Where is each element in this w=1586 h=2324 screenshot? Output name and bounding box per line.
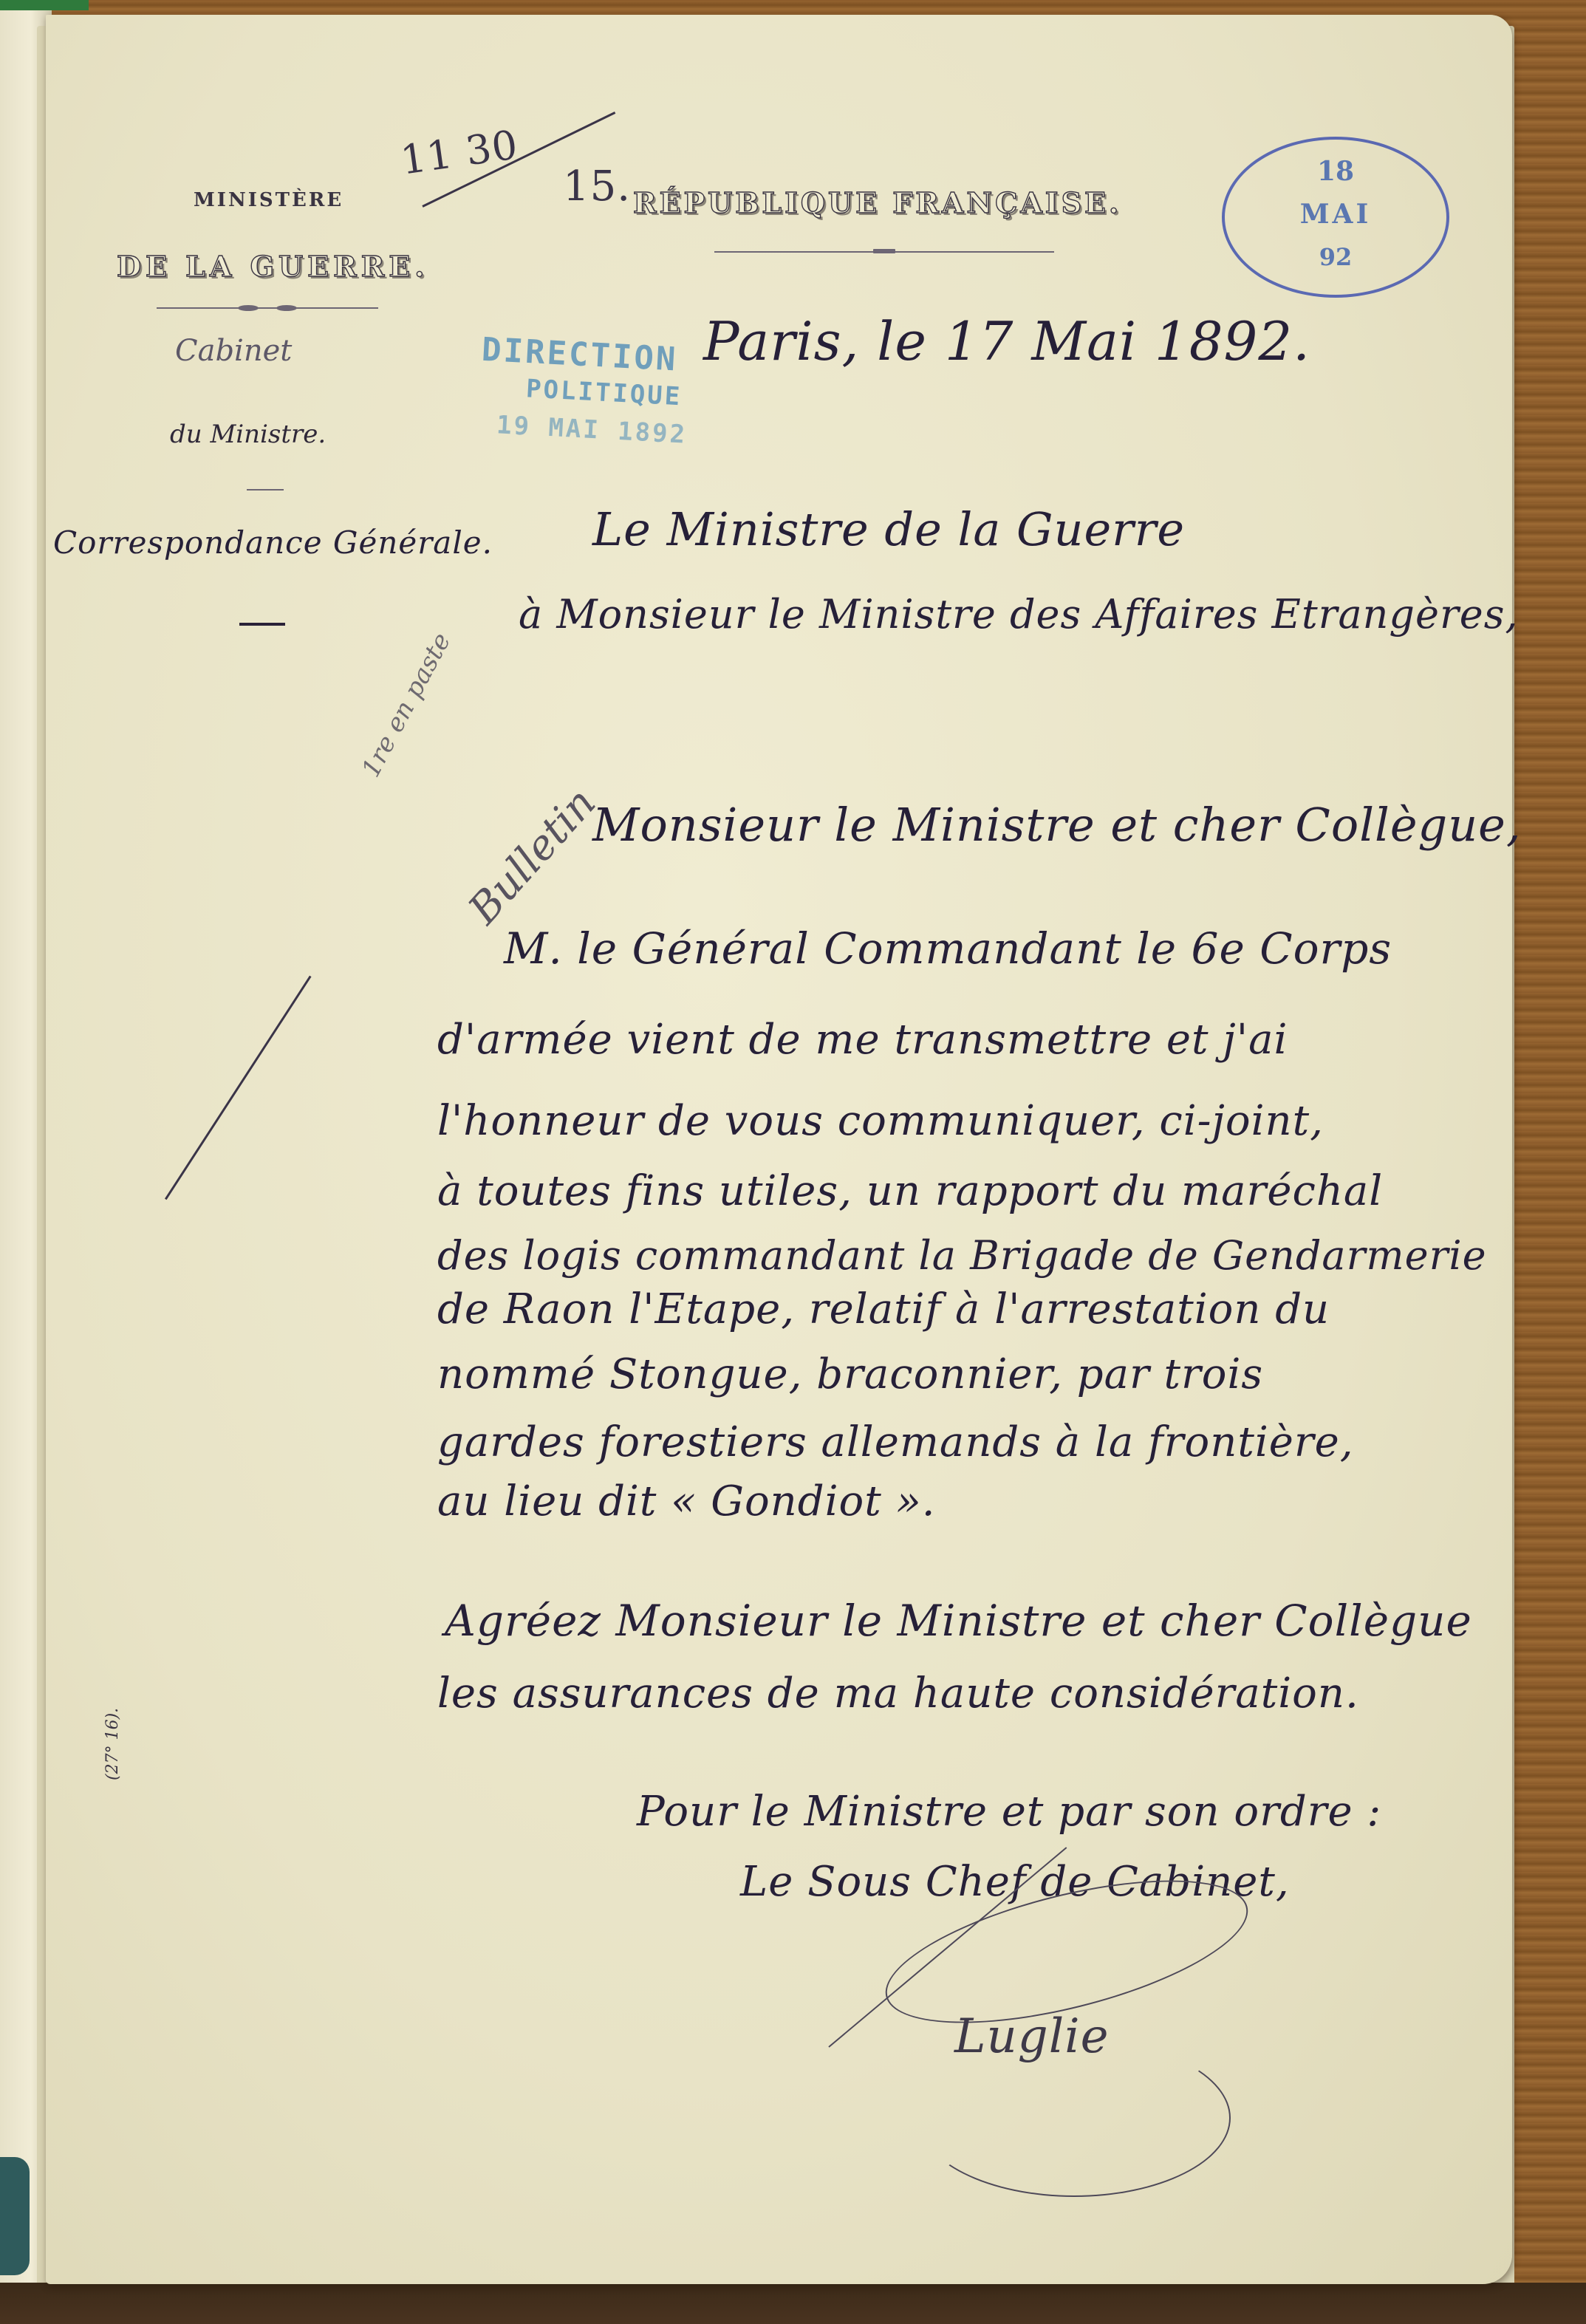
print-code: (27° 16). [103, 1708, 122, 1780]
recipient-line: à Monsieur le Ministre des Affaires Etra… [519, 591, 1519, 638]
body-line: nommé Stongue, braconnier, par trois [437, 1350, 1263, 1398]
short-divider [247, 489, 284, 491]
margin-note-pencil: 1re en paste [356, 628, 457, 782]
body-line: gardes forestiers allemands à la frontiè… [437, 1418, 1354, 1466]
top-annotation-number: 11 30 [397, 121, 521, 184]
office-line2: du Ministre. [170, 420, 326, 449]
office-line1: Cabinet [175, 334, 292, 368]
letter-date: Paris, le 17 Mai 1892. [703, 310, 1310, 372]
body-line: des logis commandant la Brigade de Genda… [437, 1232, 1487, 1279]
binder-green-tab [0, 0, 89, 10]
received-date-stamp: 18 MAI 92 [1222, 137, 1449, 298]
closing-line: Agréez Monsieur le Ministre et cher Coll… [445, 1596, 1472, 1646]
salutation: Monsieur le Ministre et cher Collègue, [592, 798, 1522, 852]
letterhead-divider-right [714, 251, 1054, 253]
department-label: Correspondance Générale. [53, 524, 493, 561]
binder-clip [0, 2157, 30, 2275]
short-divider-bold [239, 623, 285, 626]
body-line: l'honneur de vous communiquer, ci-joint, [437, 1097, 1324, 1145]
signature-flourish-lower [917, 2039, 1231, 2197]
closing-line: les assurances de ma haute considération… [437, 1669, 1359, 1718]
ministry-line1: MINISTÈRE [194, 189, 343, 211]
body-line: d'armée vient de me transmettre et j'ai [437, 1016, 1288, 1064]
body-line: au lieu dit « Gondiot ». [437, 1477, 936, 1525]
body-line: M. le Général Commandant le 6e Corps [504, 923, 1392, 974]
republic-heading: RÉPUBLIQUE FRANÇAISE. [633, 186, 1121, 219]
ministry-line2: DE LA GUERRE. [117, 250, 429, 283]
body-line: de Raon l'Etape, relatif à l'arrestation… [437, 1285, 1330, 1333]
sender-line: Le Ministre de la Guerre [592, 502, 1185, 556]
direction-politique-stamp: DIRECTION POLITIQUE 19 MAI 1892 [482, 336, 687, 445]
letterhead-divider-left [157, 307, 378, 309]
top-annotation-15: 15. [563, 163, 631, 211]
body-line: à toutes fins utiles, un rapport du maré… [437, 1167, 1383, 1215]
signoff-line: Pour le Ministre et par son ordre : [637, 1788, 1381, 1836]
margin-note-bulletin: Bulletin [459, 779, 605, 934]
margin-diagonal-mark [165, 976, 311, 1200]
table-shadow [0, 2283, 1586, 2324]
letter-page: MINISTÈRE DE LA GUERRE. Cabinet du Minis… [46, 15, 1512, 2284]
